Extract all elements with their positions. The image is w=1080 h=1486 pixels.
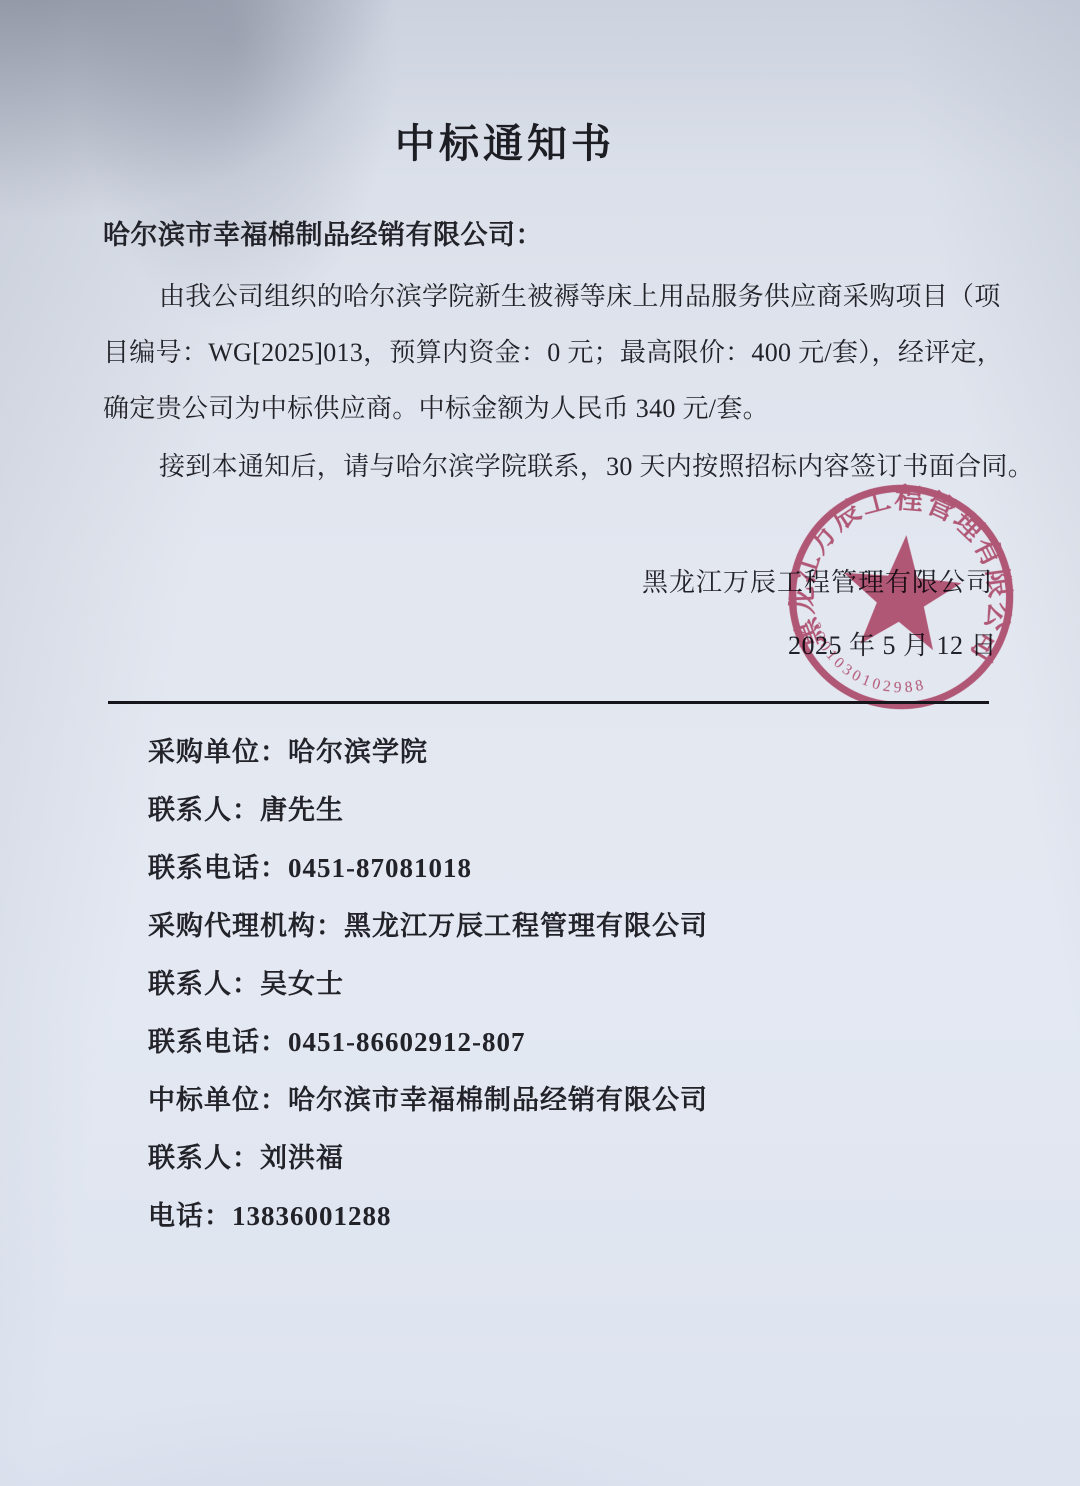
contact-row: 联系电话：0451-86602912-807 [148, 1027, 708, 1057]
contact-label: 联系人： [148, 1143, 260, 1173]
scanned-document-page: 中标通知书 哈尔滨市幸福棉制品经销有限公司： 由我公司组织的哈尔滨学院新生被褥等… [0, 0, 1080, 1486]
contact-value: 哈尔滨学院 [288, 737, 428, 767]
contact-row: 联系人：唐先生 [148, 795, 708, 825]
document-title: 中标通知书 [0, 112, 1010, 169]
contact-row: 电话：13836001288 [148, 1201, 708, 1231]
contact-row: 联系人：吴女士 [148, 969, 708, 999]
contact-label: 采购代理机构： [148, 911, 344, 941]
contact-label: 联系电话： [148, 853, 288, 883]
seal-star-icon [838, 530, 965, 652]
contact-value: 刘洪福 [260, 1143, 344, 1173]
contact-label: 联系人： [148, 795, 260, 825]
contact-row: 联系电话：0451-87081018 [148, 853, 708, 883]
contact-value: 唐先生 [260, 795, 344, 825]
contact-value: 0451-86602912-807 [288, 1027, 525, 1057]
addressee-line: 哈尔滨市幸福棉制品经销有限公司： [103, 213, 543, 252]
contact-row: 采购代理机构：黑龙江万辰工程管理有限公司 [148, 911, 708, 941]
contact-value: 0451-87081018 [288, 853, 472, 883]
contact-label: 中标单位： [148, 1085, 288, 1115]
separator-line [108, 701, 989, 704]
contact-block: 采购单位：哈尔滨学院 联系人：唐先生 联系电话：0451-87081018 采购… [148, 737, 708, 1259]
contact-value: 黑龙江万辰工程管理有限公司 [344, 911, 708, 941]
contact-row: 中标单位：哈尔滨市幸福棉制品经销有限公司 [148, 1085, 708, 1115]
contact-label: 联系人： [148, 969, 260, 999]
contact-row: 联系人：刘洪福 [148, 1143, 708, 1173]
contact-value: 哈尔滨市幸福棉制品经销有限公司 [288, 1085, 708, 1115]
body-line: 目编号：WG[2025]013，预算内资金：0 元；最高限价：400 元/套），… [103, 336, 1005, 370]
contact-row: 采购单位：哈尔滨学院 [148, 737, 708, 767]
contact-label: 电话： [148, 1201, 232, 1231]
contact-label: 采购单位： [148, 737, 288, 767]
contact-value: 吴女士 [260, 969, 344, 999]
body-line: 由我公司组织的哈尔滨学院新生被褥等床上用品服务供应商采购项目（项 [103, 280, 1005, 314]
body-line: 确定贵公司为中标供应商。中标金额为人民币 340 元/套。 [103, 392, 1005, 426]
contact-value: 13836001288 [232, 1201, 392, 1231]
company-seal: 黑龙江万辰工程管理有限公司 2301030102988 [771, 467, 1031, 727]
contact-label: 联系电话： [148, 1027, 288, 1057]
